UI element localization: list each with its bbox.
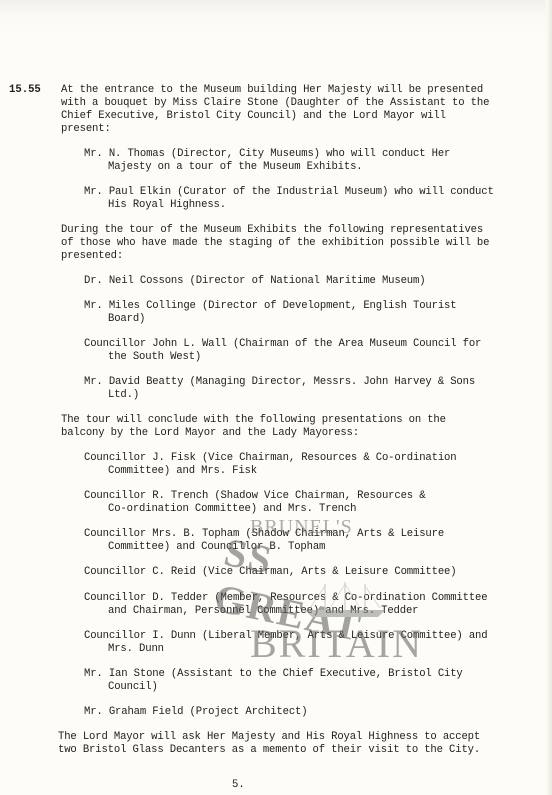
text-line: Majesty on a tour of the Museum Exhibits… — [108, 161, 363, 174]
text-line: Councillor D. Tedder (Member, Resources … — [84, 592, 487, 605]
text-line: Mr. N. Thomas (Director, City Museums) w… — [84, 148, 450, 161]
text-line: balcony by the Lord Mayor and the Lady M… — [61, 427, 359, 440]
text-line: The tour will conclude with the followin… — [61, 414, 446, 427]
time-label: 15.55 — [9, 84, 41, 96]
text-line: Mr. Graham Field (Project Architect) — [84, 706, 307, 719]
text-line: presented: — [61, 250, 123, 263]
text-line: Mr. David Beatty (Managing Director, Mes… — [84, 376, 475, 389]
text-line: At the entrance to the Museum building H… — [61, 84, 483, 97]
text-line: Chief Executive, Bristol City Council) a… — [61, 110, 446, 123]
watermark-britain: BRITAIN — [250, 620, 423, 667]
text-line: two Bristol Glass Decanters as a memento… — [58, 744, 480, 757]
page-edge-shadow — [546, 0, 552, 795]
text-line: The Lord Mayor will ask Her Majesty and … — [58, 731, 480, 744]
text-line: and Chairman, Personnel Committee) and M… — [108, 605, 418, 618]
text-line: Committee) and Councillor B. Topham — [108, 541, 325, 554]
text-line: Councillor I. Dunn (Liberal Member, Arts… — [84, 630, 487, 643]
text-line: Mrs. Dunn — [108, 643, 164, 656]
text-line: with a bouquet by Miss Claire Stone (Dau… — [61, 97, 489, 110]
page-number: 5. — [232, 779, 245, 791]
text-line: Mr. Miles Collinge (Director of Developm… — [84, 300, 456, 313]
text-line: Councillor Mrs. B. Topham (Shadow Chairm… — [84, 528, 444, 541]
text-line: Councillor C. Reid (Vice Chairman, Arts … — [84, 566, 456, 579]
text-line: Dr. Neil Cossons (Director of National M… — [84, 275, 425, 288]
text-line: the South West) — [108, 351, 201, 364]
text-line: Councillor John L. Wall (Chairman of the… — [84, 338, 481, 351]
text-line: Board) — [108, 313, 145, 326]
text-line: Mr. Ian Stone (Assistant to the Chief Ex… — [84, 668, 463, 681]
text-line: present: — [61, 123, 111, 136]
text-line: Council) — [108, 681, 158, 694]
text-line: Co-ordination Committee) and Mrs. Trench — [108, 503, 356, 516]
text-line: Councillor J. Fisk (Vice Chairman, Resou… — [84, 452, 456, 465]
text-line: Committee) and Mrs. Fisk — [108, 465, 257, 478]
text-line: Mr. Paul Elkin (Curator of the Industria… — [84, 186, 494, 199]
text-line: During the tour of the Museum Exhibits t… — [61, 224, 483, 237]
text-line: of those who have made the staging of th… — [61, 237, 489, 250]
text-line: His Royal Highness. — [108, 199, 226, 212]
text-line: Ltd.) — [108, 389, 139, 402]
text-line: Councillor R. Trench (Shadow Vice Chairm… — [84, 490, 425, 503]
document-page: 15.55 At the entrance to the Museum buil… — [0, 0, 552, 795]
